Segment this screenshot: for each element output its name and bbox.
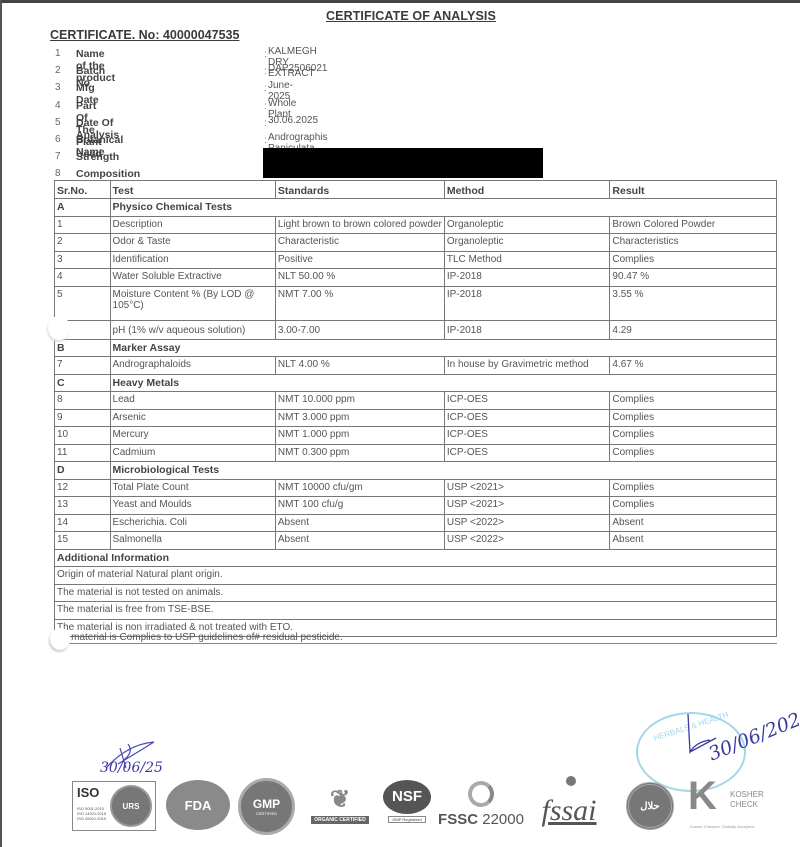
- cell-test: Odor & Taste: [110, 234, 275, 252]
- cell-sr-no: 8: [55, 392, 111, 410]
- redaction-box: [263, 148, 543, 178]
- cell-result: Absent: [610, 514, 777, 532]
- cell-sr-no: 2: [55, 234, 111, 252]
- section-title: Physico Chemical Tests: [110, 199, 776, 217]
- cell-result: Complies: [610, 251, 777, 269]
- iso-logo: ISO ISO 9001:2015 ISO 14001:2015 ISO 450…: [72, 781, 156, 831]
- cell-test: Lead: [110, 392, 275, 410]
- table-row: 3IdentificationPositiveTLC MethodComplie…: [55, 251, 777, 269]
- header-standards: Standards: [275, 181, 444, 199]
- header-sr-no: Sr.No.: [55, 181, 111, 199]
- section-code: A: [55, 199, 111, 217]
- kosher-k-icon: K: [688, 774, 717, 819]
- additional-info-row: The material is free from TSE-BSE.: [55, 602, 777, 620]
- header-method: Method: [444, 181, 610, 199]
- kosher-line1: KOSHER: [730, 790, 764, 800]
- iso-label: ISO: [77, 785, 99, 800]
- additional-info-header: Additional Information: [55, 549, 777, 567]
- cell-sr-no: 10: [55, 427, 111, 445]
- cell-method: USP <2021>: [444, 479, 610, 497]
- info-number: 6: [55, 134, 61, 145]
- cell-test: Description: [110, 216, 275, 234]
- organic-label: ORGANIC CERTIFIED: [311, 816, 368, 824]
- info-number: 5: [55, 117, 61, 128]
- additional-info-line: Origin of material Natural plant origin.: [55, 567, 777, 585]
- cell-method: IP-2018: [444, 320, 610, 339]
- cell-result: Brown Colored Powder: [610, 216, 777, 234]
- fssc-logo: FSSC 22000: [436, 778, 526, 830]
- nsf-label: NSF: [383, 780, 431, 814]
- cell-sr-no: 1: [55, 216, 111, 234]
- cell-test: Andrographaloids: [110, 357, 275, 375]
- section-code: B: [55, 339, 111, 357]
- cell-sr-no: 12: [55, 479, 111, 497]
- fssai-logo: fssai: [526, 778, 612, 830]
- kosher-check-logo: K KOSHER CHECK Kosher Checked. Globally …: [688, 774, 800, 834]
- info-number: 1: [55, 48, 61, 59]
- cell-standard: NMT 3.000 ppm: [275, 409, 444, 427]
- cell-standard: NMT 1.000 ppm: [275, 427, 444, 445]
- section-row: APhysico Chemical Tests: [55, 199, 777, 217]
- table-row: 12Total Plate CountNMT 10000 cfu/gmUSP <…: [55, 479, 777, 497]
- cell-result: Complies: [610, 409, 777, 427]
- cell-method: Organoleptic: [444, 216, 610, 234]
- cell-test: Yeast and Moulds: [110, 497, 275, 515]
- info-colon: :: [264, 134, 267, 146]
- cell-test: pH (1% w/v aqueous solution): [110, 320, 275, 339]
- fssc-ring-icon: [468, 781, 494, 807]
- cell-test: Mercury: [110, 427, 275, 445]
- cell-result: 90.47 %: [610, 269, 777, 287]
- gmp-sub-label: CERTIFIED: [256, 811, 277, 816]
- info-colon: :: [264, 82, 267, 94]
- table-row: 2Odor & TasteCharacteristicOrganolepticC…: [55, 234, 777, 252]
- cell-result: 4.67 %: [610, 357, 777, 375]
- organic-logo: ❦ ORGANIC CERTIFIED: [308, 778, 372, 830]
- cell-result: Complies: [610, 497, 777, 515]
- cell-standard: 3.00-7.00: [275, 320, 444, 339]
- halal-label: حلال: [640, 801, 659, 812]
- nsf-sub-label: GMP Registered: [388, 816, 426, 823]
- additional-info-title: Additional Information: [55, 549, 777, 567]
- cell-result: Complies: [610, 392, 777, 410]
- cell-test: Arsenic: [110, 409, 275, 427]
- cell-sr-no: 14: [55, 514, 111, 532]
- section-code: D: [55, 462, 111, 480]
- divider: [54, 643, 777, 644]
- cell-sr-no: 5: [55, 286, 111, 320]
- page-top-border: [0, 0, 800, 3]
- cell-sr-no: 15: [55, 532, 111, 550]
- cell-sr-no: 11: [55, 444, 111, 462]
- cell-sr-no: 4: [55, 269, 111, 287]
- cell-result: Complies: [610, 444, 777, 462]
- cell-test: Escherichia. Coli: [110, 514, 275, 532]
- cell-standard: NLT 4.00 %: [275, 357, 444, 375]
- header-result: Result: [610, 181, 777, 199]
- gmp-label: GMP: [253, 797, 280, 811]
- cell-result: Complies: [610, 479, 777, 497]
- cell-method: ICP-OES: [444, 409, 610, 427]
- document-title: CERTIFICATE OF ANALYSIS: [326, 9, 496, 23]
- section-row: DMicrobiological Tests: [55, 462, 777, 480]
- cell-method: ICP-OES: [444, 392, 610, 410]
- info-number: 8: [55, 168, 61, 179]
- cell-test: Identification: [110, 251, 275, 269]
- iso-standards: ISO 9001:2015 ISO 14001:2015 ISO 45001:2…: [77, 806, 106, 821]
- fssai-dot-icon: [566, 776, 576, 786]
- section-title: Heavy Metals: [110, 374, 776, 392]
- cell-sr-no: 13: [55, 497, 111, 515]
- table-row: 13Yeast and MouldsNMT 100 cfu/gUSP <2021…: [55, 497, 777, 515]
- cell-result: Absent: [610, 532, 777, 550]
- cell-standard: Positive: [275, 251, 444, 269]
- table-row: 14Escherichia. ColiAbsentUSP <2022>Absen…: [55, 514, 777, 532]
- cell-method: In house by Gravimetric method: [444, 357, 610, 375]
- cell-test: Cadmium: [110, 444, 275, 462]
- analysis-table: Sr.No. Test Standards Method Result APhy…: [54, 180, 777, 637]
- urs-seal-icon: URS: [110, 785, 152, 827]
- section-code: C: [55, 374, 111, 392]
- cell-method: IP-2018: [444, 286, 610, 320]
- cell-sr-no: 9: [55, 409, 111, 427]
- cell-standard: Light brown to brown colored powder: [275, 216, 444, 234]
- info-value: 30.06.2025: [268, 115, 318, 126]
- cell-standard: NMT 10.000 ppm: [275, 392, 444, 410]
- cell-standard: Absent: [275, 514, 444, 532]
- info-number: 3: [55, 82, 61, 93]
- cell-standard: NMT 7.00 %: [275, 286, 444, 320]
- table-row: 5Moisture Content % (By LOD @ 105°C)NMT …: [55, 286, 777, 320]
- fssai-label: fssai: [541, 794, 596, 828]
- table-row: 10MercuryNMT 1.000 ppmICP-OESComplies: [55, 427, 777, 445]
- cell-method: USP <2022>: [444, 514, 610, 532]
- cell-method: USP <2021>: [444, 497, 610, 515]
- section-title: Marker Assay: [110, 339, 776, 357]
- table-row: 1DescriptionLight brown to brown colored…: [55, 216, 777, 234]
- cell-result: Complies: [610, 427, 777, 445]
- info-label: Composition: [76, 168, 140, 180]
- cell-test: Total Plate Count: [110, 479, 275, 497]
- cell-method: Organoleptic: [444, 234, 610, 252]
- fssc-label: FSSC 22000: [438, 811, 524, 828]
- halal-logo: حلال: [626, 782, 674, 830]
- section-row: CHeavy Metals: [55, 374, 777, 392]
- certificate-number: CERTIFICATE. No: 40000047535: [50, 28, 239, 42]
- kosher-tagline: Kosher Checked. Globally Accepted.: [690, 824, 755, 829]
- info-value: DAP2506021: [268, 63, 328, 74]
- info-number: 2: [55, 65, 61, 76]
- table-row: 4Water Soluble ExtractiveNLT 50.00 %IP-2…: [55, 269, 777, 287]
- info-label: Strength: [76, 151, 119, 163]
- additional-info-line: ıe material is Complies to USP guideline…: [60, 632, 343, 643]
- cell-method: ICP-OES: [444, 444, 610, 462]
- kosher-text: KOSHER CHECK: [730, 790, 764, 810]
- cell-test: Salmonella: [110, 532, 275, 550]
- fssc-bold: FSSC: [438, 811, 478, 828]
- info-colon: :: [264, 65, 267, 77]
- table-row: 8LeadNMT 10.000 ppmICP-OESComplies: [55, 392, 777, 410]
- table-row: pH (1% w/v aqueous solution)3.00-7.00IP-…: [55, 320, 777, 339]
- cell-standard: NMT 100 cfu/g: [275, 497, 444, 515]
- leaf-icon: ❦: [330, 785, 350, 814]
- cell-result: Characteristics: [610, 234, 777, 252]
- cell-method: IP-2018: [444, 269, 610, 287]
- table-header-row: Sr.No. Test Standards Method Result: [55, 181, 777, 199]
- cell-sr-no: 7: [55, 357, 111, 375]
- table-row: 9ArsenicNMT 3.000 ppmICP-OESComplies: [55, 409, 777, 427]
- cell-test: Moisture Content % (By LOD @ 105°C): [110, 286, 275, 320]
- info-colon: :: [264, 117, 267, 129]
- section-title: Microbiological Tests: [110, 462, 776, 480]
- cell-test: Water Soluble Extractive: [110, 269, 275, 287]
- scan-smudge: [50, 628, 70, 650]
- section-row: BMarker Assay: [55, 339, 777, 357]
- iso-line: ISO 45001:2015: [77, 816, 106, 821]
- fssc-number: 22000: [482, 811, 524, 828]
- cell-standard: NMT 0.300 ppm: [275, 444, 444, 462]
- cell-sr-no: 3: [55, 251, 111, 269]
- nsf-logo: NSF GMP Registered: [381, 776, 433, 826]
- additional-info-line: The material is not tested on animals.: [55, 584, 777, 602]
- info-number: 7: [55, 151, 61, 162]
- scan-smudge: [48, 316, 70, 340]
- urs-label: URS: [123, 802, 140, 811]
- cell-standard: NMT 10000 cfu/gm: [275, 479, 444, 497]
- cell-standard: NLT 50.00 %: [275, 269, 444, 287]
- cell-method: TLC Method: [444, 251, 610, 269]
- kosher-line2: CHECK: [730, 800, 764, 810]
- header-test: Test: [110, 181, 275, 199]
- gmp-logo: GMP CERTIFIED: [238, 778, 295, 835]
- cell-standard: Absent: [275, 532, 444, 550]
- table-row: 11CadmiumNMT 0.300 ppmICP-OESComplies: [55, 444, 777, 462]
- cell-result: 4.29: [610, 320, 777, 339]
- fda-label: FDA: [185, 798, 212, 813]
- additional-info-row: The material is not tested on animals.: [55, 584, 777, 602]
- fda-logo: FDA: [166, 780, 230, 830]
- cell-method: USP <2022>: [444, 532, 610, 550]
- info-colon: :: [264, 48, 267, 60]
- table-row: 7AndrographaloidsNLT 4.00 %In house by G…: [55, 357, 777, 375]
- cell-method: ICP-OES: [444, 427, 610, 445]
- info-colon: :: [264, 100, 267, 112]
- page-left-border: [0, 0, 2, 847]
- additional-info-line: The material is free from TSE-BSE.: [55, 602, 777, 620]
- certification-logos: ISO ISO 9001:2015 ISO 14001:2015 ISO 450…: [0, 760, 800, 847]
- info-number: 4: [55, 100, 61, 111]
- cell-result: 3.55 %: [610, 286, 777, 320]
- cell-standard: Characteristic: [275, 234, 444, 252]
- additional-info-row: Origin of material Natural plant origin.: [55, 567, 777, 585]
- table-row: 15SalmonellaAbsentUSP <2022>Absent: [55, 532, 777, 550]
